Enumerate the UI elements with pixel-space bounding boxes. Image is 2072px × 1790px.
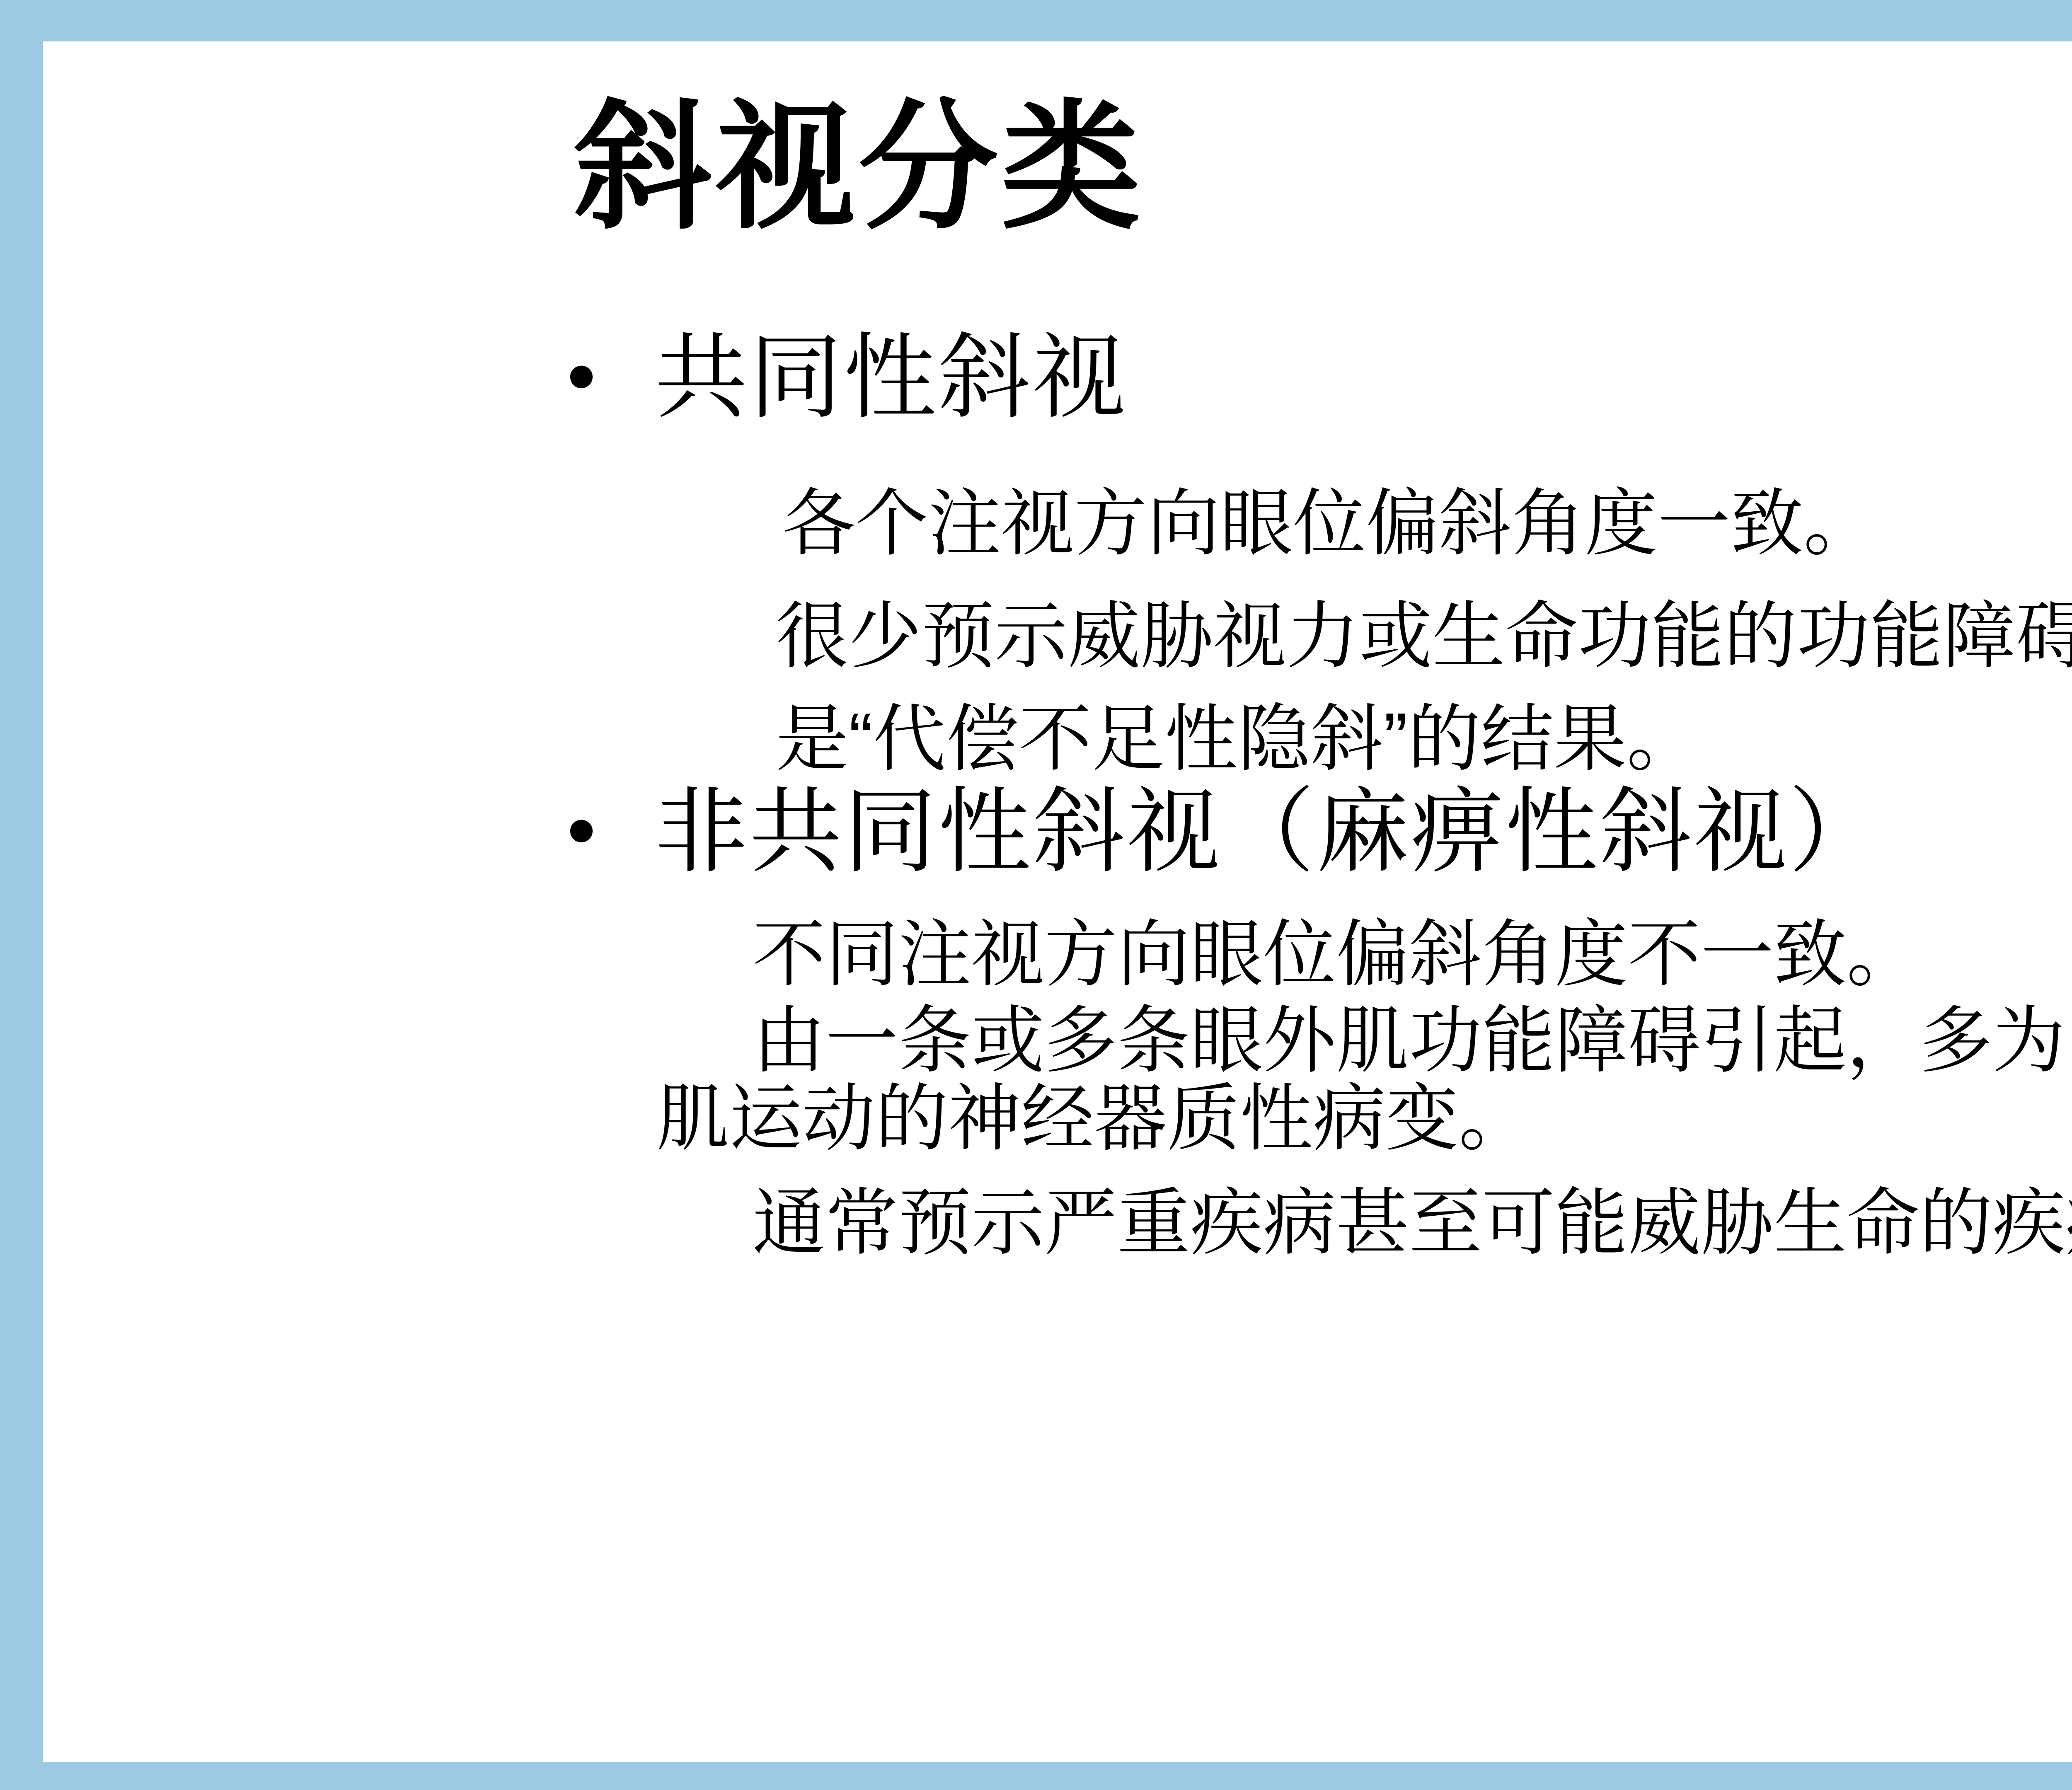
slide-title: 斜视分类 [574, 98, 1144, 237]
slide-canvas: 斜视分类 • 共同性斜视 各个注视方向眼位偏斜角度一致。 很少预示威胁视力或生命… [0, 0, 2072, 1790]
body-line-incomitant-2b: 肌运动的神经器质性病变。 [656, 1081, 1532, 1159]
body-line-comitant-1: 各个注视方向眼位偏斜角度一致。 [782, 486, 1876, 564]
body-line-incomitant-3: 通常预示严重疾病甚至可能威胁生命的疾病过程。 [753, 1185, 2072, 1263]
bullet-dot-icon: • [567, 327, 655, 429]
bullet-dot-icon: • [567, 781, 655, 883]
body-line-incomitant-1: 不同注视方向眼位偏斜角度不一致。 [753, 917, 1920, 994]
slide: 斜视分类 • 共同性斜视 各个注视方向眼位偏斜角度一致。 很少预示威胁视力或生命… [43, 41, 2072, 1762]
bullet-heading-comitant: 共同性斜视 [655, 327, 1127, 429]
body-line-comitant-3: 是“代偿不足性隐斜”的结果。 [776, 701, 1699, 779]
bullet-item-comitant: • 共同性斜视 [567, 327, 1127, 429]
bullet-heading-incomitant: 非共同性斜视（麻痹性斜视） [655, 781, 1883, 883]
body-line-comitant-2: 很少预示威胁视力或生命功能的功能障碍。 [776, 598, 2072, 676]
body-line-incomitant-2a: 由一条或多条眼外肌功能障碍引起，多为因眼外肌或支配眼外 [753, 1003, 2072, 1081]
bullet-item-incomitant: • 非共同性斜视（麻痹性斜视） [567, 781, 1883, 883]
